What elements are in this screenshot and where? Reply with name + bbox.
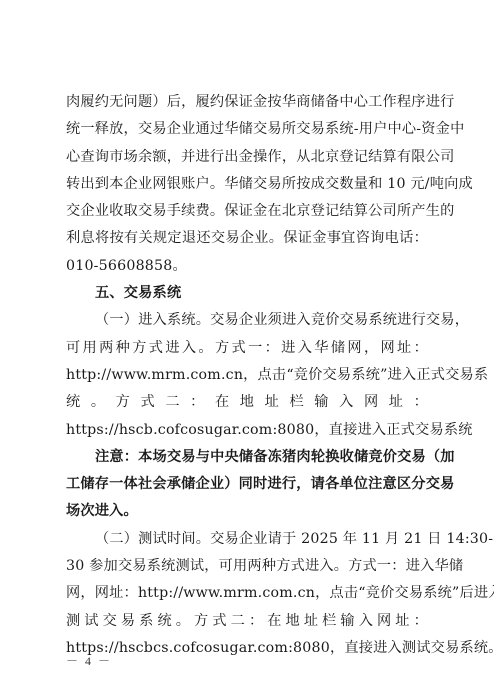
page-number: － 4 －	[66, 652, 112, 669]
text-line: 可用两种方式进入。方式一：进入华储网，网址：	[66, 335, 428, 362]
text-line: 测试交易系统。方式二：在地址栏输入网址：	[66, 608, 428, 635]
text-line: 利息将按有关规定退还交易企业。保证金事宜咨询电话：	[66, 225, 428, 252]
text-line: （一）进入系统。交易企业须进入竞价交易系统进行交易，	[66, 307, 428, 334]
text-line: https://hscb.cofcosugar.com:8080，直接进入正式交…	[66, 417, 428, 444]
text-line: 010-56608858。	[66, 253, 428, 280]
section-heading: 五、交易系统	[66, 280, 428, 307]
text-line: 统。方式二：在地址栏输入网址：	[66, 389, 428, 416]
text-line: 统一释放，交易企业通过华储交易所交易系统-用户中心-资金中	[66, 116, 428, 143]
notice-line: 工储存一体社会承储企业）同时进行，请各单位注意区分交易	[66, 471, 428, 498]
text-line: 转出到本企业网银账户。华储交易所按成交数量和 10 元/吨向成	[66, 171, 428, 198]
text-line: （二）测试时间。交易企业请于 2025 年 11 月 21 日 14:30-16…	[66, 526, 428, 553]
text-line: 心查询市场余额，并进行出金操作，从北京登记结算有限公司	[66, 144, 428, 171]
document-body: 肉履约无问题）后，履约保证金按华商储备中心工作程序进行 统一释放，交易企业通过华…	[66, 89, 428, 662]
notice-line: 注意：本场交易与中央储备冻猪肉轮换收储竞价交易（加	[66, 444, 428, 471]
notice-line: 场次进入。	[66, 498, 428, 525]
document-page: 肉履约无问题）后，履约保证金按华商储备中心工作程序进行 统一释放，交易企业通过华…	[0, 0, 494, 700]
text-line: 30 参加交易系统测试，可用两种方式进入。方式一：进入华储	[66, 553, 428, 580]
text-line: 网，网址：http://www.mrm.com.cn，点击“竞价交易系统”后进入	[66, 580, 428, 607]
text-line: 肉履约无问题）后，履约保证金按华商储备中心工作程序进行	[66, 89, 428, 116]
text-line: http://www.mrm.com.cn，点击“竞价交易系统”进入正式交易系	[66, 362, 428, 389]
text-line: 交企业收取交易手续费。保证金在北京登记结算公司所产生的	[66, 198, 428, 225]
text-line: https://hscbcs.cofcosugar.com:8080，直接进入测…	[66, 635, 428, 662]
